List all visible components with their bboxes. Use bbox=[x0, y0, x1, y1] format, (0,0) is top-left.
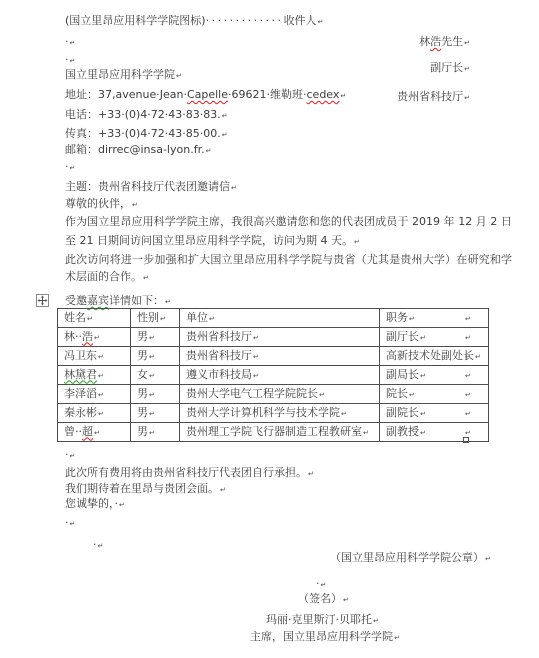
table-cell: 冯卫东↵ bbox=[58, 347, 131, 366]
text-segment: 地址：37,avenue·Jean· bbox=[65, 88, 187, 101]
paragraph-mark: ↵ bbox=[98, 353, 104, 361]
text-segment: 此次访问将进一步加强和扩大国立里昂应用科学学院与贵省（尤其是贵州大学）在研究和学 bbox=[65, 253, 512, 266]
paragraph-mark: ↵ bbox=[149, 353, 155, 361]
empty-line-4: ·↵ bbox=[65, 448, 75, 462]
paragraph-mark: ↵ bbox=[394, 634, 400, 642]
table-cell: 秦永彬↵ bbox=[58, 404, 131, 423]
table-cell: 曾··超↵ bbox=[58, 423, 131, 442]
table-cell: 男↵ bbox=[131, 347, 180, 366]
empty-line-5: ·↵ bbox=[65, 516, 75, 530]
address-line: 地址：37,avenue·Jean·Capelle·69621·维勒班·cede… bbox=[65, 88, 346, 102]
text-segment: 男 bbox=[137, 406, 148, 419]
column-header: 姓名↵ bbox=[58, 309, 131, 328]
column-header-label: 姓名 bbox=[64, 311, 86, 324]
paragraph-mark: ↵ bbox=[220, 486, 226, 494]
text-segment: · bbox=[93, 538, 97, 551]
table-cell: 林··浩↵ bbox=[58, 328, 131, 347]
signer-title-line: 主席，国立里昂应用科学学院↵ bbox=[250, 630, 400, 644]
recipient-name-line: 林浩先生↵ bbox=[419, 35, 470, 49]
table-cell: 院长↵ bbox=[380, 385, 489, 404]
row-end-paragraph-mark: ↵ bbox=[465, 369, 471, 383]
column-header-label: 单位 bbox=[186, 311, 208, 324]
text-segment: 林 bbox=[419, 35, 430, 48]
paragraph-mark: ↵ bbox=[149, 372, 155, 380]
paragraph-mark: ↵ bbox=[231, 184, 237, 192]
paragraph-mark: ↵ bbox=[464, 39, 470, 47]
body-line-4: 术层面的合作。↵ bbox=[65, 270, 149, 284]
row-end-paragraph-mark: ↵ bbox=[465, 331, 471, 345]
text-segment: 至 21 日期间访问国立里昂应用科学学院，访问为期 4 天。 bbox=[65, 234, 353, 247]
spellcheck-marked-text: cedex bbox=[307, 88, 340, 101]
text-segment: 邮箱：dirrec@insa-lyon.fr. bbox=[65, 143, 205, 156]
text-segment: 男 bbox=[137, 425, 148, 438]
text-segment: · bbox=[65, 35, 69, 48]
paragraph-mark: ↵ bbox=[149, 391, 155, 399]
spellcheck-marked-text: Capelle bbox=[187, 88, 228, 101]
paragraph-mark: ↵ bbox=[98, 410, 104, 418]
text-segment: (国立里昂应用科学学院图标) bbox=[65, 14, 206, 27]
text-segment: 女 bbox=[137, 368, 148, 381]
text-segment: 副教授 bbox=[386, 425, 419, 438]
closing-line: 您诚挚的，·↵ bbox=[65, 497, 125, 511]
table-cell: 副院长↵ bbox=[380, 404, 489, 423]
paragraph-mark: ↵ bbox=[321, 581, 327, 589]
paragraph-mark: ↵ bbox=[420, 429, 426, 437]
column-header-label: 职务 bbox=[386, 311, 408, 324]
spellcheck-marked-text: 超 bbox=[82, 425, 93, 438]
spellcheck-marked-text: 浩 bbox=[430, 35, 441, 48]
table-row: 冯卫东↵男↵贵州省科技厅↵高新技术处副处长↵ bbox=[58, 347, 489, 366]
paragraph-mark: ↵ bbox=[253, 353, 259, 361]
empty-line-7: ·↵ bbox=[316, 577, 326, 591]
table-resize-square[interactable] bbox=[463, 437, 469, 443]
subject-line: 主题：贵州省科技厅代表团邀请信↵ bbox=[65, 180, 237, 194]
paragraph-mark: ↵ bbox=[176, 72, 182, 80]
text-segment: 您诚挚的，· bbox=[65, 497, 118, 510]
paragraph-mark: ↵ bbox=[222, 112, 228, 120]
empty-line-2: ·↵ bbox=[65, 53, 75, 67]
row-end-paragraph-mark: ↵ bbox=[465, 312, 471, 326]
table-cell: 贵州省科技厅↵ bbox=[180, 347, 380, 366]
table-move-handle-icon[interactable] bbox=[36, 294, 49, 307]
text-segment: （国立里昂应用科学学院公章） bbox=[330, 551, 484, 564]
paragraph-mark: ↵ bbox=[98, 542, 104, 550]
text-segment: 曾·· bbox=[64, 425, 82, 438]
column-header: 性别↵ bbox=[131, 309, 180, 328]
recipient-org-line: 贵州省科技厅↵ bbox=[397, 90, 470, 104]
text-segment: 高新技术处副处长 bbox=[386, 349, 474, 362]
paragraph-mark: ↵ bbox=[363, 429, 369, 437]
text-segment: ·69621·维勒班· bbox=[228, 88, 306, 101]
table-cell: 男↵ bbox=[131, 423, 180, 442]
paragraph-mark: ↵ bbox=[70, 39, 76, 47]
table-cell: 高新技术处副处长↵ bbox=[380, 347, 489, 366]
paragraph-mark: ↵ bbox=[341, 410, 347, 418]
table-cell: 男↵ bbox=[131, 328, 180, 347]
paragraph-mark: ↵ bbox=[149, 410, 155, 418]
table-row: 秦永彬↵男↵贵州大学计算机科学与技术学院↵副院长↵ bbox=[58, 404, 489, 423]
text-segment: 玛丽·克里斯汀·贝耶托 bbox=[266, 613, 372, 626]
table-cell: 贵州大学计算机科学与技术学院↵ bbox=[180, 404, 380, 423]
paragraph-mark: ↵ bbox=[222, 131, 228, 139]
table-row: 林黛君↵女↵遵义市科技局↵副局长↵ bbox=[58, 366, 489, 385]
body-line-2: 至 21 日期间访问国立里昂应用科学学院，访问为期 4 天。↵ bbox=[65, 234, 360, 248]
text-segment: · bbox=[65, 53, 69, 66]
table-row: 李泽滔↵男↵贵州大学电气工程学院院长↵院长↵ bbox=[58, 385, 489, 404]
row-end-paragraph-mark: ↵ bbox=[465, 388, 471, 402]
paragraph-mark: ↵ bbox=[149, 429, 155, 437]
paragraph-mark: ↵ bbox=[485, 555, 491, 563]
paragraph-mark: ↵ bbox=[308, 470, 314, 478]
table-cell: 男↵ bbox=[131, 404, 180, 423]
spellcheck-marked-text: 浩 bbox=[82, 330, 93, 343]
table-cell: 贵州大学电气工程学院院长↵ bbox=[180, 385, 380, 404]
paragraph-mark: ↵ bbox=[340, 92, 346, 100]
paragraph-mark: ↵ bbox=[343, 596, 349, 604]
paragraph-mark: ↵ bbox=[70, 57, 76, 65]
body-line-6: 我们期待着在里昂与贵团会面。↵ bbox=[65, 482, 226, 496]
table-cell: 贵州省科技厅↵ bbox=[180, 328, 380, 347]
paragraph-mark: ↵ bbox=[206, 147, 212, 155]
paragraph-mark: ↵ bbox=[160, 315, 166, 323]
paragraph-mark: ↵ bbox=[354, 238, 360, 246]
paragraph-mark: ↵ bbox=[70, 452, 76, 460]
paragraph-mark: ↵ bbox=[94, 429, 100, 437]
phone-line: 电话：+33·(0)4·72·43·83·83.↵ bbox=[65, 108, 228, 122]
table-cell: 李泽滔↵ bbox=[58, 385, 131, 404]
paragraph-mark: ↵ bbox=[409, 391, 415, 399]
email-line: 邮箱：dirrec@insa-lyon.fr.↵ bbox=[65, 143, 211, 157]
text-segment: 先生 bbox=[441, 35, 463, 48]
text-segment: 传真：+33·(0)4·72·43·85·00. bbox=[65, 127, 221, 140]
text-segment: 受邀 bbox=[65, 294, 87, 307]
text-segment: 副厅长 bbox=[386, 330, 419, 343]
table-cell: 副教授↵ bbox=[380, 423, 489, 442]
fax-line: 传真：+33·(0)4·72·43·85·00.↵ bbox=[65, 127, 228, 141]
text-segment: 副院长 bbox=[386, 406, 419, 419]
text-segment: 遵义市科技局 bbox=[186, 368, 252, 381]
paragraph-mark: ↵ bbox=[132, 201, 138, 209]
paragraph-mark: ↵ bbox=[94, 334, 100, 342]
paragraph-mark: ↵ bbox=[420, 410, 426, 418]
table-cell: 遵义市科技局↵ bbox=[180, 366, 380, 385]
text-segment: 术层面的合作。 bbox=[65, 270, 142, 283]
text-segment: 主席，国立里昂应用科学学院 bbox=[250, 630, 393, 643]
document-page: (国立里昂应用科学学院图标)·············收件人↵·↵·↵国立里昂应… bbox=[0, 0, 539, 658]
text-segment: 贵州大学电气工程学院院长 bbox=[186, 387, 318, 400]
text-segment: 男 bbox=[137, 349, 148, 362]
text-segment: 详情如下： bbox=[109, 294, 164, 307]
text-segment: 贵州理工学院飞行器制造工程教研室 bbox=[186, 425, 362, 438]
text-segment: 贵州省科技厅 bbox=[186, 330, 252, 343]
row-end-paragraph-mark: ↵ bbox=[465, 350, 471, 364]
text-segment: 冯卫东 bbox=[64, 349, 97, 362]
recipient-title-line: 副厅长↵ bbox=[430, 61, 470, 75]
table-header-row: 姓名↵性别↵单位↵职务↵ bbox=[58, 309, 489, 328]
text-segment: · bbox=[316, 577, 320, 590]
row-end-paragraph-mark: ↵ bbox=[465, 407, 471, 421]
table-cell: 副局长↵ bbox=[380, 366, 489, 385]
table-cell: 林黛君↵ bbox=[58, 366, 131, 385]
body-line-5: 此次所有费用将由贵州省科技厅代表团自行承担。↵ bbox=[65, 466, 314, 480]
paragraph-mark: ↵ bbox=[119, 501, 125, 509]
text-segment: 副局长 bbox=[386, 368, 419, 381]
letterhead-line: (国立里昂应用科学学院图标)·············收件人↵ bbox=[65, 14, 323, 28]
text-segment: 贵州省科技厅 bbox=[397, 90, 463, 103]
table-cell: 副厅长↵ bbox=[380, 328, 489, 347]
paragraph-mark: ↵ bbox=[149, 334, 155, 342]
text-segment: 主题：贵州省科技厅代表团邀请信 bbox=[65, 180, 230, 193]
paragraph-mark: ↵ bbox=[98, 391, 104, 399]
text-segment: 此次所有费用将由贵州省科技厅代表团自行承担。 bbox=[65, 466, 307, 479]
sender-name-line: 国立里昂应用科学学院↵ bbox=[65, 68, 182, 82]
column-header: 职务↵ bbox=[380, 309, 489, 328]
empty-line-6: ·↵ bbox=[93, 538, 103, 552]
text-segment: 男 bbox=[137, 330, 148, 343]
paragraph-mark: ↵ bbox=[464, 65, 470, 73]
text-segment: （签名） bbox=[298, 592, 342, 605]
text-segment: · bbox=[65, 516, 69, 529]
paragraph-mark: ↵ bbox=[409, 315, 415, 323]
spellcheck-marked-text: 嘉宾 bbox=[87, 294, 109, 307]
paragraph-mark: ↵ bbox=[143, 274, 149, 282]
empty-line-3: ·↵ bbox=[65, 160, 75, 174]
text-segment: 电话：+33·(0)4·72·43·83·83. bbox=[65, 108, 221, 121]
table-cell: 女↵ bbox=[131, 366, 180, 385]
text-segment: 我们期待着在里昂与贵团会面。 bbox=[65, 482, 219, 495]
paragraph-mark: ↵ bbox=[70, 520, 76, 528]
paragraph-mark: ↵ bbox=[475, 353, 481, 361]
paragraph-mark: ↵ bbox=[98, 372, 104, 380]
table-cell: 贵州理工学院飞行器制造工程教研室↵ bbox=[180, 423, 380, 442]
paragraph-mark: ↵ bbox=[420, 372, 426, 380]
body-line-3: 此次访问将进一步加强和扩大国立里昂应用科学学院与贵省（尤其是贵州大学）在研究和学 bbox=[65, 253, 512, 267]
table-caption-line: 受邀嘉宾详情如下：↵ bbox=[65, 294, 171, 308]
paragraph-mark: ↵ bbox=[319, 391, 325, 399]
text-segment: 贵州大学计算机科学与技术学院 bbox=[186, 406, 340, 419]
text-segment: 国立里昂应用科学学院 bbox=[65, 68, 175, 81]
paragraph-mark: ↵ bbox=[420, 334, 426, 342]
table-row: 林··浩↵男↵贵州省科技厅↵副厅长↵ bbox=[58, 328, 489, 347]
paragraph-mark: ↵ bbox=[209, 315, 215, 323]
text-segment: 尊敬的伙伴， bbox=[65, 197, 131, 210]
text-segment: 贵州省科技厅 bbox=[186, 349, 252, 362]
guest-table: 姓名↵性别↵单位↵职务↵林··浩↵男↵贵州省科技厅↵副厅长↵冯卫东↵男↵贵州省科… bbox=[57, 308, 489, 442]
paragraph-mark: ↵ bbox=[87, 315, 93, 323]
paragraph-mark: ↵ bbox=[253, 372, 259, 380]
signature-placeholder-line: （签名）↵ bbox=[298, 592, 349, 606]
body-line-1: 作为国立里昂应用科学学院主席，我很高兴邀请您和您的代表团成员于 2019 年 1… bbox=[65, 215, 512, 229]
text-segment: ············· bbox=[206, 14, 284, 27]
text-segment: 院长 bbox=[386, 387, 408, 400]
table-cell: 男↵ bbox=[131, 385, 180, 404]
paragraph-mark: ↵ bbox=[373, 617, 379, 625]
text-segment: · bbox=[65, 160, 69, 173]
text-segment: 作为国立里昂应用科学学院主席，我很高兴邀请您和您的代表团成员于 2019 年 1… bbox=[65, 215, 512, 228]
paragraph-mark: ↵ bbox=[165, 298, 171, 306]
text-segment: 男 bbox=[137, 387, 148, 400]
move-cross-icon bbox=[37, 295, 48, 306]
salutation-line: 尊敬的伙伴，↵ bbox=[65, 197, 138, 211]
column-header: 单位↵ bbox=[180, 309, 380, 328]
empty-line-1: ·↵ bbox=[65, 35, 75, 49]
text-segment: · bbox=[65, 448, 69, 461]
paragraph-mark: ↵ bbox=[318, 18, 324, 26]
table-row: 曾··超↵男↵贵州理工学院飞行器制造工程教研室↵副教授↵ bbox=[58, 423, 489, 442]
text-segment: 秦永彬 bbox=[64, 406, 97, 419]
seal-line: （国立里昂应用科学学院公章）↵ bbox=[330, 551, 491, 565]
column-header-label: 性别 bbox=[137, 311, 159, 324]
paragraph-mark: ↵ bbox=[253, 334, 259, 342]
text-segment: 林·· bbox=[64, 330, 82, 343]
text-segment: 副厅长 bbox=[430, 61, 463, 74]
paragraph-mark: ↵ bbox=[70, 164, 76, 172]
text-segment: 李泽滔 bbox=[64, 387, 97, 400]
paragraph-mark: ↵ bbox=[464, 94, 470, 102]
spellcheck-marked-text: 林黛君 bbox=[64, 368, 97, 381]
text-segment: 收件人 bbox=[284, 14, 317, 27]
signer-name-line: 玛丽·克里斯汀·贝耶托↵ bbox=[266, 613, 379, 627]
